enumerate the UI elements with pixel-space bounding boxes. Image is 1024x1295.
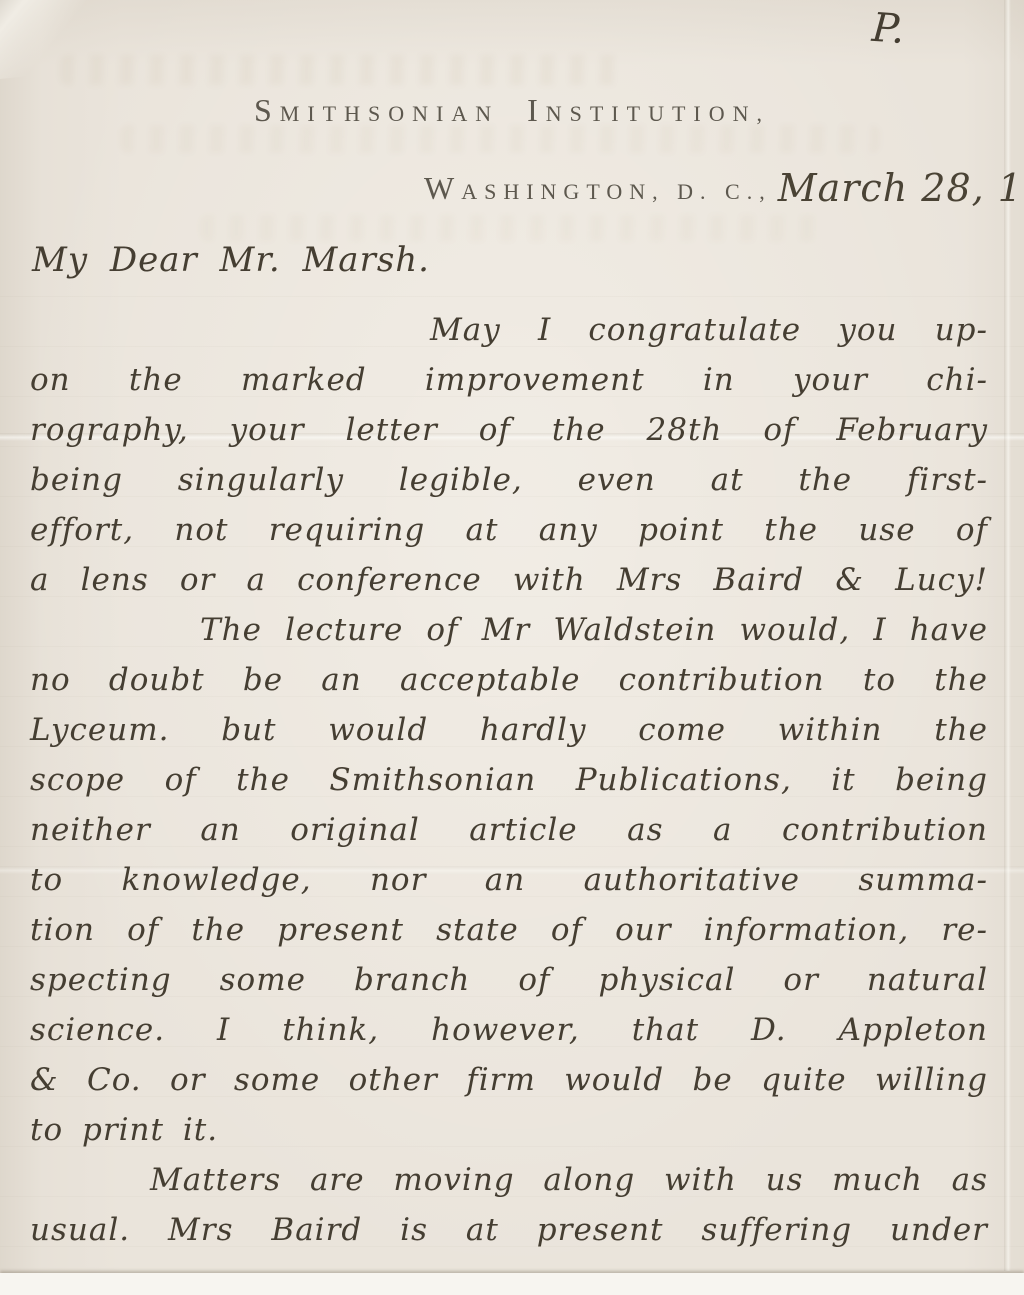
corner-crease	[0, 0, 136, 83]
letterhead: SMITHSONIAN INSTITUTION,	[0, 92, 1024, 129]
salutation: My Dear Mr. Marsh.	[32, 240, 430, 280]
dateline-place-printed: WASHINGTON, D. C.,	[424, 170, 772, 207]
letterhead-word: SMITHSONIAN	[254, 92, 499, 129]
handwritten-line: usual. Mrs Baird is at present suffering…	[30, 1206, 988, 1254]
handwritten-line: to print it.	[30, 1106, 988, 1154]
handwritten-line: neither an original article as a contrib…	[30, 806, 988, 854]
dateline: WASHINGTON, D. C.,March 28, 1879.	[424, 164, 1024, 208]
handwritten-line: being singularly legible, even at the fi…	[30, 456, 988, 504]
scanned-letter-page: P. SMITHSONIAN INSTITUTION, WASHINGTON, …	[0, 0, 1024, 1295]
handwritten-line: specting some branch of physical or natu…	[30, 956, 988, 1004]
handwritten-line: on the marked improvement in your chi-	[30, 356, 988, 404]
handwritten-line: rography, your letter of the 28th of Feb…	[30, 406, 988, 454]
handwritten-line: science. I think, however, that D. Apple…	[30, 1006, 988, 1054]
handwritten-line: a lens or a conference with Mrs Baird & …	[30, 556, 988, 604]
dateline-date-handwritten: March 28, 1879.	[778, 166, 1024, 210]
handwritten-line: effort, not requiring at any point the u…	[30, 506, 988, 554]
handwritten-line: & Co. or some other firm would be quite …	[30, 1056, 988, 1104]
handwritten-line: Matters are moving along with us much as	[30, 1156, 988, 1204]
handwritten-line: Lyceum. but would hardly come within the	[30, 706, 988, 754]
bleed-through-smudge	[120, 125, 880, 153]
handwritten-line: tion of the present state of our informa…	[30, 906, 988, 954]
handwritten-line: no doubt be an acceptable contribution t…	[30, 656, 988, 704]
handwritten-line: The lecture of Mr Waldstein would, I hav…	[30, 606, 988, 654]
bleed-through-smudge	[200, 215, 820, 241]
handwritten-line: scope of the Smithsonian Publications, i…	[30, 756, 988, 804]
handwritten-line: May I congratulate you up-	[30, 306, 988, 354]
bleed-through-smudge	[60, 55, 620, 85]
handwritten-line: to knowledge, nor an authoritative summa…	[30, 856, 988, 904]
letterhead-word: INSTITUTION,	[527, 92, 770, 129]
page-number-marker: P.	[870, 5, 907, 53]
scan-backdrop	[0, 1273, 1024, 1295]
